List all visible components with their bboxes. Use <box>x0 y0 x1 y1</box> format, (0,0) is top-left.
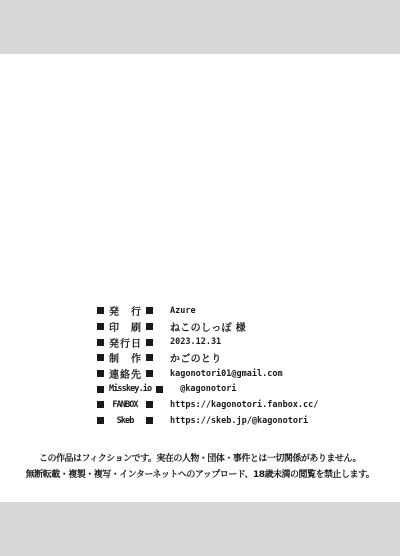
bullet-square-right-icon <box>146 417 153 424</box>
colophon-label: Skeb <box>109 416 141 426</box>
colophon-row: Misskey.io @kagonotori <box>0 381 400 397</box>
colophon-row: Skeb https://skeb.jp/@kagonotori <box>0 413 400 429</box>
colophon-label: 発行 <box>109 303 141 318</box>
letterbox-top <box>0 0 400 54</box>
colophon-label: 連絡先 <box>109 366 141 381</box>
colophon-value: かごのとり <box>170 350 222 365</box>
colophon-credits: 発行 Azure 印刷 ねこのしっぽ 様 発行日 2023.12.31 制作 か… <box>0 303 400 429</box>
colophon-row: 制作 かごのとり <box>0 350 400 366</box>
colophon-value: Azure <box>170 306 196 316</box>
bullet-square-left-icon <box>97 370 104 377</box>
colophon-label: Misskey.io <box>109 384 151 394</box>
bullet-square-right-icon <box>146 339 153 346</box>
colophon-value: @kagonotori <box>180 384 236 394</box>
bullet-square-left-icon <box>97 417 104 424</box>
colophon-label: 制作 <box>109 350 141 365</box>
colophon-row: 印刷 ねこのしっぽ 様 <box>0 319 400 335</box>
bullet-square-right-icon <box>146 401 153 408</box>
disclaimer: この作品はフィクションです。実在の人物・団体・事件とは一切関係がありません。 無… <box>0 452 400 483</box>
bullet-square-right-icon <box>146 323 153 330</box>
colophon-value: https://skeb.jp/@kagonotori <box>170 416 308 426</box>
bullet-square-left-icon <box>97 339 104 346</box>
bullet-square-left-icon <box>97 307 104 314</box>
disclaimer-line-2: 無断転載・複製・複写・インターネットへのアップロード、18歳未満の閲覧を禁止しま… <box>0 468 400 484</box>
disclaimer-line-1: この作品はフィクションです。実在の人物・団体・事件とは一切関係がありません。 <box>0 452 400 468</box>
bullet-square-right-icon <box>146 307 153 314</box>
bullet-square-left-icon <box>97 323 104 330</box>
colophon-value: 2023.12.31 <box>170 337 221 347</box>
colophon-value: https://kagonotori.fanbox.cc/ <box>170 400 318 410</box>
letterbox-bottom <box>0 502 400 556</box>
colophon-value: ねこのしっぽ 様 <box>170 319 246 334</box>
bullet-square-left-icon <box>97 386 104 393</box>
bullet-square-right-icon <box>146 370 153 377</box>
bullet-square-right-icon <box>156 386 163 393</box>
bullet-square-left-icon <box>97 354 104 361</box>
colophon-value: kagonotori01@gmail.com <box>170 369 283 379</box>
colophon-label: 印刷 <box>109 319 141 334</box>
colophon-row: 発行 Azure <box>0 303 400 319</box>
colophon-row: 連絡先 kagonotori01@gmail.com <box>0 366 400 382</box>
bullet-square-left-icon <box>97 401 104 408</box>
scanned-colophon-page: 発行 Azure 印刷 ねこのしっぽ 様 発行日 2023.12.31 制作 か… <box>0 0 400 556</box>
colophon-row: 発行日 2023.12.31 <box>0 334 400 350</box>
colophon-label: 発行日 <box>109 335 141 350</box>
colophon-row: FANBOX https://kagonotori.fanbox.cc/ <box>0 397 400 413</box>
bullet-square-right-icon <box>146 354 153 361</box>
colophon-label: FANBOX <box>109 400 141 410</box>
